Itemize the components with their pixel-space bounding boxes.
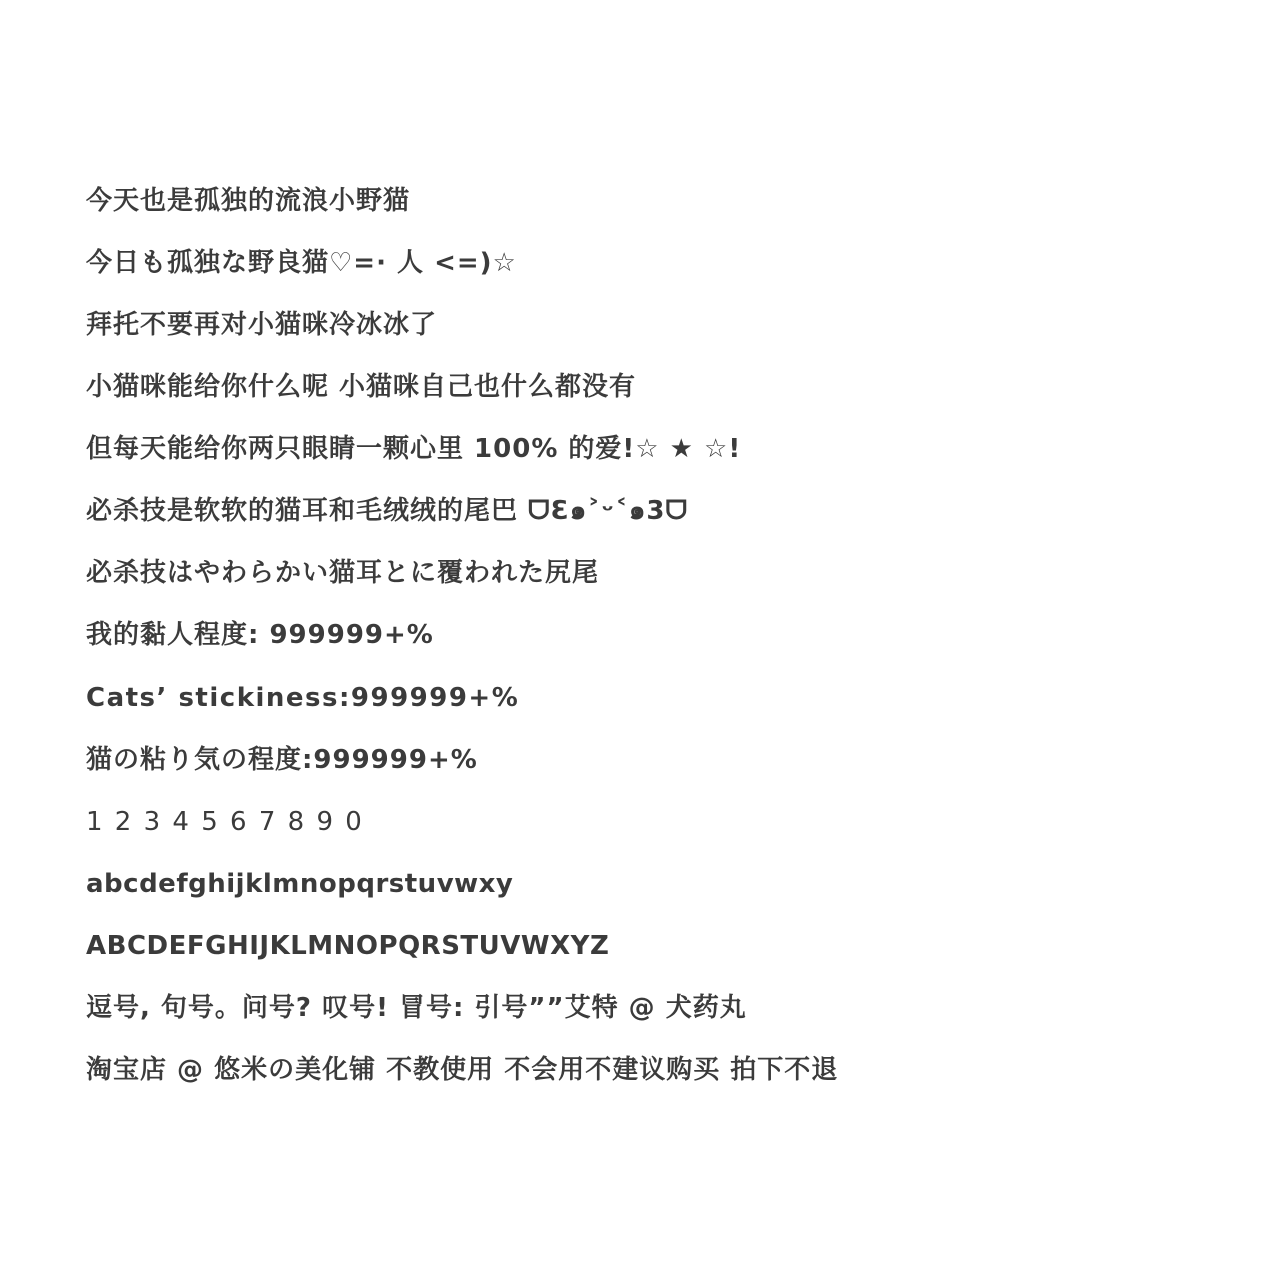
specimen-line-10: 猫の粘り気の程度:999999+% <box>86 744 478 776</box>
specimen-line-9: Cats’ stickiness:999999+% <box>86 682 519 714</box>
specimen-line-1: 今天也是孤独的流浪小野猫 <box>86 185 410 217</box>
specimen-line-4: 小猫咪能给你什么呢 小猫咪自己也什么都没有 <box>86 371 636 403</box>
specimen-punctuation: 逗号, 句号。问号? 叹号! 冒号: 引号””艾特 @ 犬药丸 <box>86 992 747 1024</box>
specimen-digits: 1 2 3 4 5 6 7 8 9 0 <box>86 806 362 838</box>
specimen-line-7: 必杀技はやわらかい猫耳とに覆われた尻尾 <box>86 557 599 589</box>
specimen-uppercase: ABCDEFGHIJKLMNOPQRSTUVWXYZ <box>86 930 609 962</box>
specimen-line-6: 必杀技是软软的猫耳和毛绒绒的尾巴 ᗜƐ๑˃ᵕ˂๑3ᗜ <box>86 495 688 527</box>
specimen-shop-notice: 淘宝店 @ 悠米の美化铺 不教使用 不会用不建议购买 拍下不退 <box>86 1054 838 1086</box>
specimen-line-8: 我的黏人程度: 999999+% <box>86 619 434 651</box>
specimen-line-5: 但每天能给你两只眼睛一颗心里 100% 的爱!☆ ★ ☆! <box>86 433 741 465</box>
specimen-line-2: 今日も孤独な野良猫♡=· 人 <=)☆ <box>86 247 517 279</box>
specimen-lowercase: abcdefghijklmnopqrstuvwxy <box>86 868 513 900</box>
specimen-line-3: 拜托不要再对小猫咪冷冰冰了 <box>86 309 437 341</box>
